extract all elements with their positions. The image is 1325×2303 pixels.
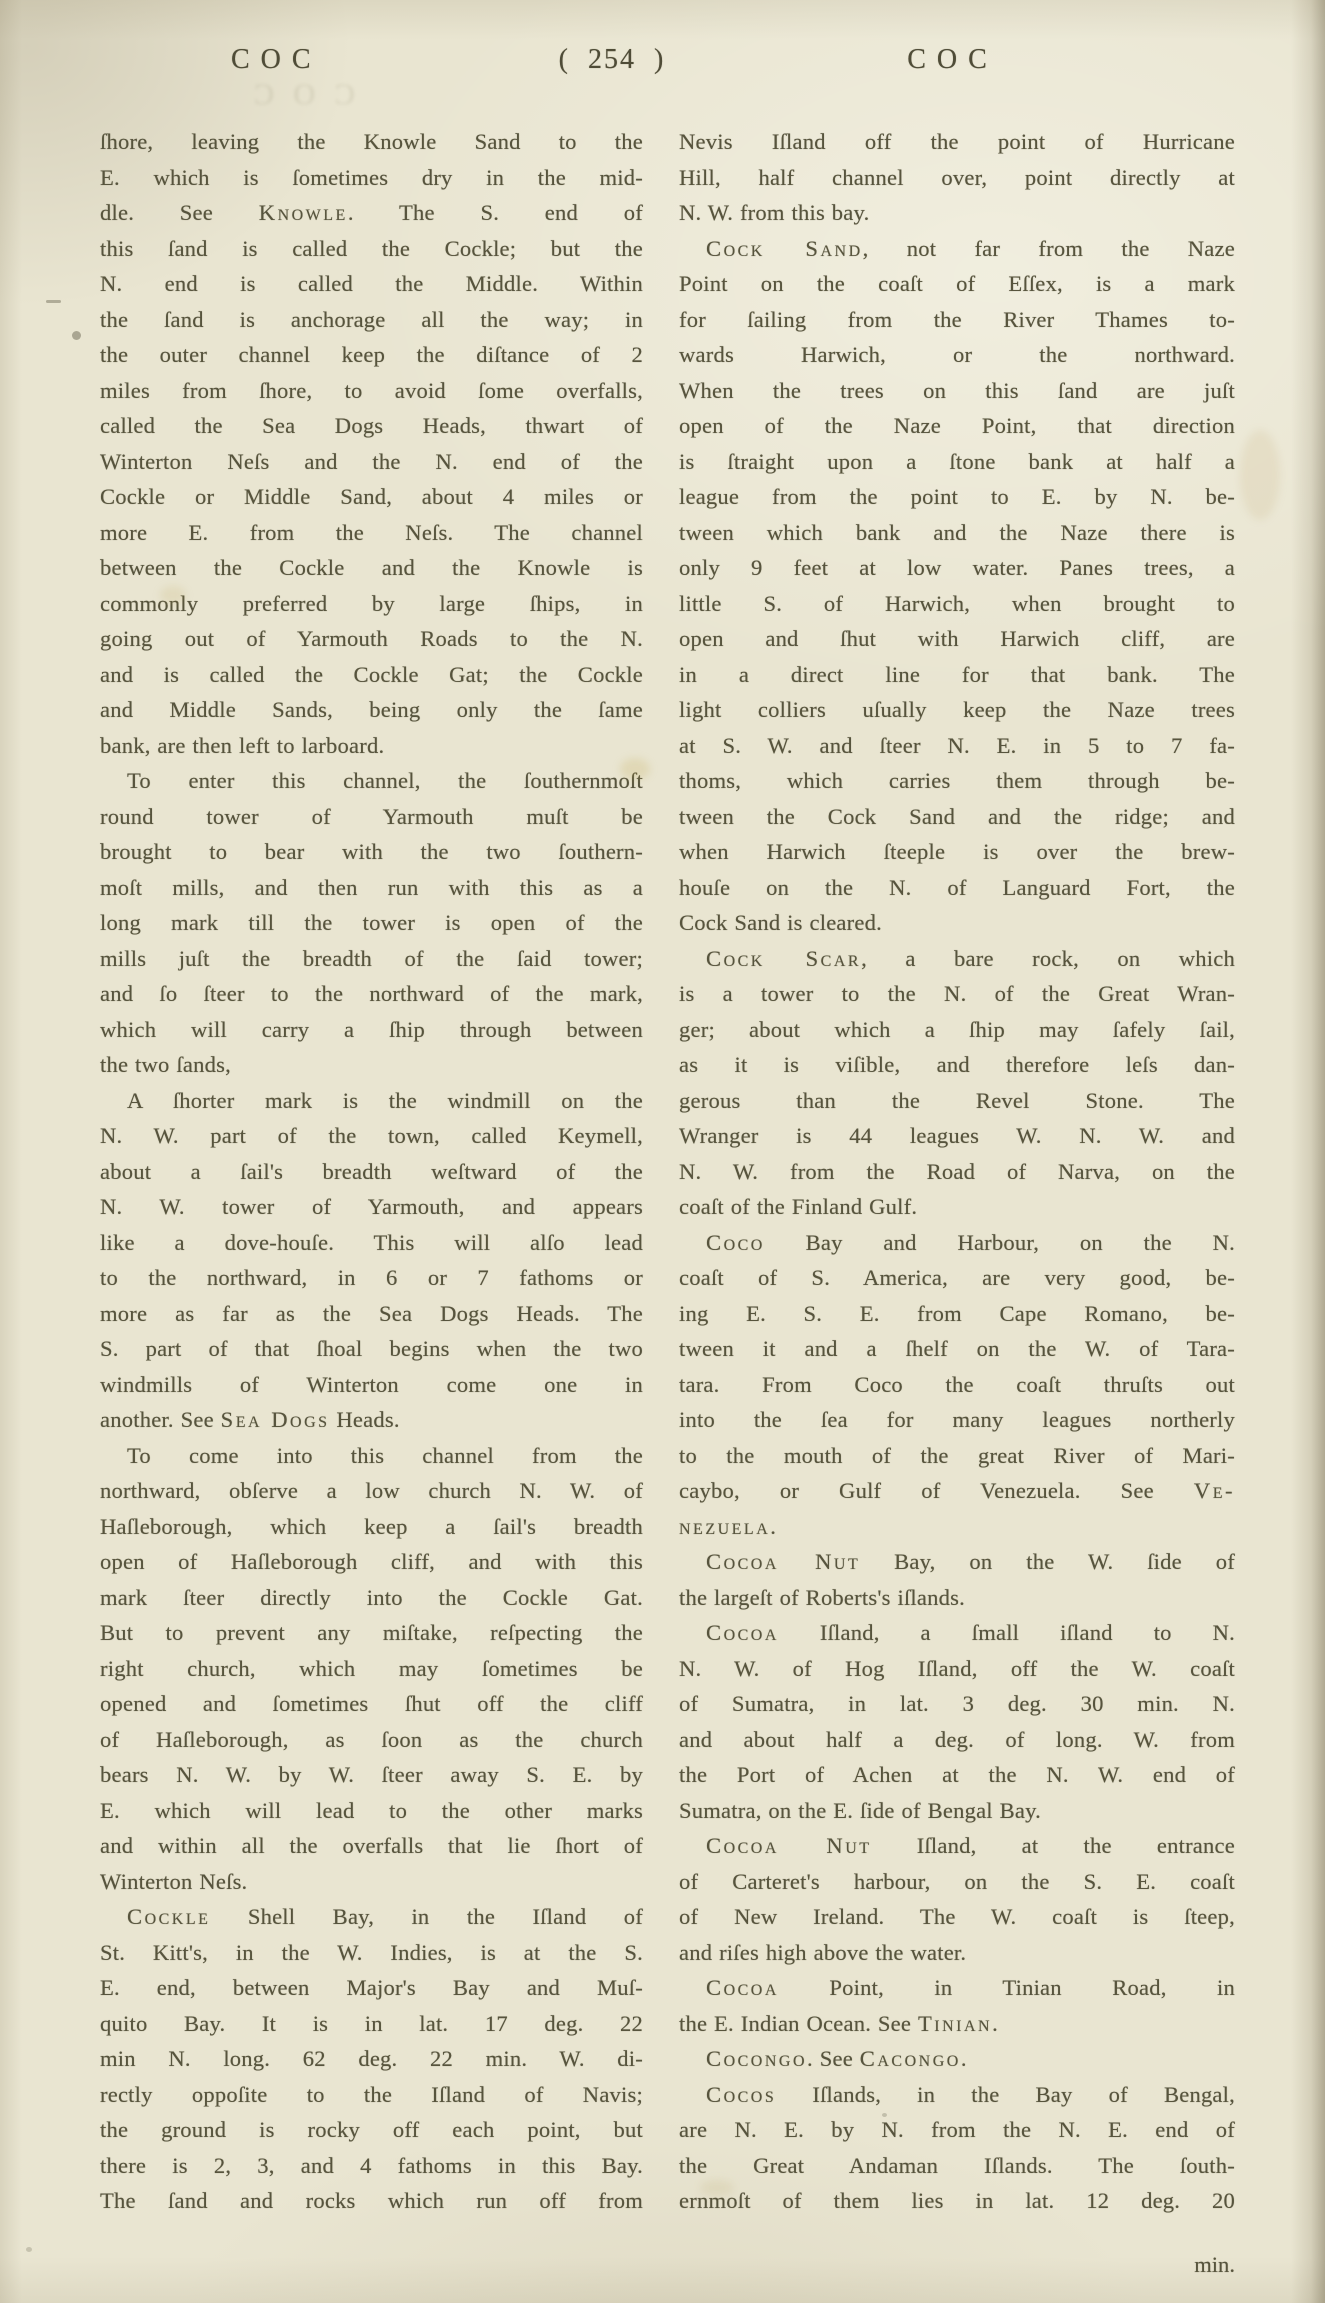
entry-headword: Cocoa: [706, 1975, 779, 2000]
entry-headword: Cacongo: [860, 2046, 961, 2071]
entry-headword: Cock Scar: [706, 946, 861, 971]
text-line: bears N. W. by W. ſteer away S. E. by: [100, 1757, 643, 1793]
text-line: mills juſt the breadth of the ſaid tower…: [100, 941, 643, 977]
text-line: and about half a deg. of long. W. from: [679, 1722, 1235, 1758]
text-line: open of Haſleborough cliff, and with thi…: [100, 1544, 643, 1580]
text-line: and is called the Cockle Gat; the Cockle: [100, 657, 643, 693]
text-line: coaſt of the Finland Gulf.: [679, 1189, 1235, 1225]
text-line: Haſleborough, which keep a ſail's breadt…: [100, 1509, 643, 1545]
text-line: the Great Andaman Iſlands. The ſouth-: [679, 2148, 1235, 2184]
text-line: and ſo ſteer to the northward of the mar…: [100, 976, 643, 1012]
header-right-section-title: C O C: [907, 44, 989, 76]
paragraph: Cock Sand, not far from the NazePoint on…: [679, 231, 1235, 941]
paragraph: A ſhorter mark is the windmill on theN. …: [100, 1083, 643, 1438]
scanned-page: C O C ( 254 ) C O C C O C ſhore, leaving…: [0, 0, 1325, 2303]
text-line: windmills of Winterton come one in: [100, 1367, 643, 1403]
entry-headword: Cockle: [127, 1904, 210, 1929]
paper-stain: [700, 2180, 734, 2196]
text-line: S. part of that ſhoal begins when the tw…: [100, 1331, 643, 1367]
text-line: when Harwich ſteeple is over the brew-: [679, 834, 1235, 870]
text-line: Winterton Neſs and the N. end of the: [100, 444, 643, 480]
text-line: the largeſt of Roberts's iſlands.: [679, 1580, 1235, 1616]
text-line: and riſes high above the water.: [679, 1935, 1235, 1971]
text-line: are N. E. by N. from the N. E. end of: [679, 2112, 1235, 2148]
text-line: To come into this channel from the: [100, 1438, 643, 1474]
text-line: Point on the coaſt of Eſſex, is a mark: [679, 266, 1235, 302]
page-number: ( 254 ): [559, 44, 666, 76]
paragraph: Cock Scar, a bare rock, on whichis a tow…: [679, 941, 1235, 1225]
text-line: ing E. S. E. from Cape Romano, be-: [679, 1296, 1235, 1332]
paragraph: Cocoa Nut Bay, on the W. ſide ofthe larg…: [679, 1544, 1235, 1615]
text-line: tween which bank and the Naze there is: [679, 515, 1235, 551]
text-line: N. W. part of the town, called Keymell,: [100, 1118, 643, 1154]
text-line: to the mouth of the great River of Mari-: [679, 1438, 1235, 1474]
text-line: ger; about which a ſhip may ſafely ſail,: [679, 1012, 1235, 1048]
text-line: coaſt of S. America, are very good, be-: [679, 1260, 1235, 1296]
text-line: bank, are then left to larboard.: [100, 728, 643, 764]
text-line: Cocos Iſlands, in the Bay of Bengal,: [679, 2077, 1235, 2113]
text-line: brought to bear with the two ſouthern-: [100, 834, 643, 870]
text-line: open and ſhut with Harwich cliff, are: [679, 621, 1235, 657]
text-line: another. See Sea Dogs Heads.: [100, 1402, 643, 1438]
text-line: wards Harwich, or the northward.: [679, 337, 1235, 373]
paragraph: To come into this channel from thenorthw…: [100, 1438, 643, 1900]
text-line: like a dove-houſe. This will alſo lead: [100, 1225, 643, 1261]
text-line: in a direct line for that bank. The: [679, 657, 1235, 693]
text-line: which will carry a ſhip through between: [100, 1012, 643, 1048]
header-left-section-title: C O C: [231, 44, 313, 76]
text-line: N. W. from this bay.: [679, 195, 1235, 231]
paragraph: Cocoa Iſland, a ſmall iſland to N.N. W. …: [679, 1615, 1235, 1828]
text-line: Coco Bay and Harbour, on the N.: [679, 1225, 1235, 1261]
entry-headword: Sea Dogs: [221, 1407, 330, 1432]
text-line: more as far as the Sea Dogs Heads. The: [100, 1296, 643, 1332]
text-line: of Haſleborough, as ſoon as the church: [100, 1722, 643, 1758]
entry-headword: Cocos: [706, 2082, 776, 2107]
paragraph: ſhore, leaving the Knowle Sand to theE. …: [100, 124, 643, 763]
ink-speck: [72, 331, 81, 340]
text-line: league from the point to E. by N. be-: [679, 479, 1235, 515]
paper-stain: [1240, 430, 1280, 520]
text-line: the Port of Achen at the N. W. end of: [679, 1757, 1235, 1793]
entry-headword: Cocoa: [706, 1620, 779, 1645]
text-line: E. which is ſometimes dry in the mid-: [100, 160, 643, 196]
text-line: When the trees on this ſand are juſt: [679, 373, 1235, 409]
entry-headword: Tinian: [918, 2011, 992, 2036]
text-line: at S. W. and ſteer N. E. in 5 to 7 fa-: [679, 728, 1235, 764]
text-line: round tower of Yarmouth muſt be: [100, 799, 643, 835]
text-line: Cocoa Point, in Tinian Road, in: [679, 1970, 1235, 2006]
text-line: the E. Indian Ocean. See Tinian.: [679, 2006, 1235, 2042]
entry-headword: Cock Sand: [706, 236, 863, 261]
ink-speck: [46, 300, 61, 303]
text-line: Cocoa Nut Iſland, at the entrance: [679, 1828, 1235, 1864]
text-line: Cock Sand, not far from the Naze: [679, 231, 1235, 267]
text-line: ſhore, leaving the Knowle Sand to the: [100, 124, 643, 160]
text-line: Cocoa Nut Bay, on the W. ſide of: [679, 1544, 1235, 1580]
right-column: Nevis Iſland off the point of HurricaneH…: [679, 124, 1235, 2219]
show-through-ghost: C O C: [248, 78, 355, 112]
text-line: Nevis Iſland off the point of Hurricane: [679, 124, 1235, 160]
text-line: But to prevent any miſtake, reſpecting t…: [100, 1615, 643, 1651]
text-line: going out of Yarmouth Roads to the N.: [100, 621, 643, 657]
paragraph: Coco Bay and Harbour, on the N.coaſt of …: [679, 1225, 1235, 1545]
text-line: thoms, which carries them through be-: [679, 763, 1235, 799]
text-line: called the Sea Dogs Heads, thwart of: [100, 408, 643, 444]
text-line: the two ſands,: [100, 1047, 643, 1083]
text-line: opened and ſometimes ſhut off the cliff: [100, 1686, 643, 1722]
text-line: between the Cockle and the Knowle is: [100, 550, 643, 586]
text-line: light colliers uſually keep the Naze tre…: [679, 692, 1235, 728]
entry-headword: Knowle: [259, 200, 348, 225]
text-line: dle. See Knowle. The S. end of: [100, 195, 643, 231]
text-line: Sumatra, on the E. ſide of Bengal Bay.: [679, 1793, 1235, 1829]
entry-headword: Ve-: [1194, 1478, 1235, 1503]
text-line: N. W. tower of Yarmouth, and appears: [100, 1189, 643, 1225]
text-line: more E. from the Neſs. The channel: [100, 515, 643, 551]
text-line: tween it and a ſhelf on the W. of Tara-: [679, 1331, 1235, 1367]
text-line: tara. From Coco the coaſt thruſts out: [679, 1367, 1235, 1403]
text-line: Winterton Neſs.: [100, 1864, 643, 1900]
text-line: tween the Cock Sand and the ridge; and: [679, 799, 1235, 835]
entry-headword: nezuela.: [679, 1514, 778, 1539]
text-line: St. Kitt's, in the W. Indies, is at the …: [100, 1935, 643, 1971]
text-line: ernmoſt of them lies in lat. 12 deg. 20: [679, 2183, 1235, 2219]
text-line: E. end, between Major's Bay and Muſ-: [100, 1970, 643, 2006]
entry-headword: Cocongo: [706, 2046, 807, 2071]
text-line: for ſailing from the River Thames to-: [679, 302, 1235, 338]
text-line: of Carteret's harbour, on the S. E. coaſ…: [679, 1864, 1235, 1900]
text-line: northward, obſerve a low church N. W. of: [100, 1473, 643, 1509]
text-line: this ſand is called the Cockle; but the: [100, 231, 643, 267]
paragraph: Cocoa Nut Iſland, at the entranceof Cart…: [679, 1828, 1235, 1970]
text-line: quito Bay. It is in lat. 17 deg. 22: [100, 2006, 643, 2042]
ink-speck: [882, 2113, 887, 2117]
text-line: A ſhorter mark is the windmill on the: [100, 1083, 643, 1119]
paragraph: Cocos Iſlands, in the Bay of Bengal,are …: [679, 2077, 1235, 2219]
text-line: the outer channel keep the diſtance of 2: [100, 337, 643, 373]
text-line: right church, which may ſometimes be: [100, 1651, 643, 1687]
text-line: nezuela.: [679, 1509, 1235, 1545]
text-line: N. end is called the Middle. Within: [100, 266, 643, 302]
paragraph: Nevis Iſland off the point of HurricaneH…: [679, 124, 1235, 231]
text-line: is ſtraight upon a ſtone bank at half a: [679, 444, 1235, 480]
text-line: Cocoa Iſland, a ſmall iſland to N.: [679, 1615, 1235, 1651]
text-line: into the ſea for many leagues northerly: [679, 1402, 1235, 1438]
paragraph: Cocongo. See Cacongo.: [679, 2041, 1235, 2077]
entry-headword: Cocoa Nut: [706, 1833, 872, 1858]
text-line: Hill, half channel over, point directly …: [679, 160, 1235, 196]
paper-stain: [620, 758, 650, 780]
text-line: as it is viſible, and therefore leſs dan…: [679, 1047, 1235, 1083]
text-line: of Sumatra, in lat. 3 deg. 30 min. N.: [679, 1686, 1235, 1722]
text-line: miles from ſhore, to avoid ſome overfall…: [100, 373, 643, 409]
paragraph: To enter this channel, the ſouthernmoſtr…: [100, 763, 643, 1083]
text-line: about a ſail's breadth weſtward of the: [100, 1154, 643, 1190]
text-line: to the northward, in 6 or 7 fathoms or: [100, 1260, 643, 1296]
text-line: Cock Scar, a bare rock, on which: [679, 941, 1235, 977]
text-line: mark ſteer directly into the Cockle Gat.: [100, 1580, 643, 1616]
text-line: only 9 feet at low water. Panes trees, a: [679, 550, 1235, 586]
text-line: E. which will lead to the other marks: [100, 1793, 643, 1829]
paragraph: Cocoa Point, in Tinian Road, inthe E. In…: [679, 1970, 1235, 2041]
text-line: there is 2, 3, and 4 fathoms in this Bay…: [100, 2148, 643, 2184]
text-line: Cockle or Middle Sand, about 4 miles or: [100, 479, 643, 515]
text-line: rectly oppoſite to the Iſland of Navis;: [100, 2077, 643, 2113]
text-line: moſt mills, and then run with this as a: [100, 870, 643, 906]
text-line: Cock Sand is cleared.: [679, 905, 1235, 941]
entry-headword: Coco: [706, 1230, 765, 1255]
text-line: caybo, or Gulf of Venezuela. See Ve-: [679, 1473, 1235, 1509]
text-line: N. W. of Hog Iſland, off the W. coaſt: [679, 1651, 1235, 1687]
paragraph: Cockle Shell Bay, in the Iſland ofSt. Ki…: [100, 1899, 643, 2219]
text-line: the ſand is anchorage all the way; in: [100, 302, 643, 338]
text-line: open of the Naze Point, that direction: [679, 408, 1235, 444]
text-line: and Middle Sands, being only the ſame: [100, 692, 643, 728]
text-line: little S. of Harwich, when brought to: [679, 586, 1235, 622]
text-line: min N. long. 62 deg. 22 min. W. di-: [100, 2041, 643, 2077]
text-line: is a tower to the N. of the Great Wran-: [679, 976, 1235, 1012]
text-line: N. W. from the Road of Narva, on the: [679, 1154, 1235, 1190]
text-line: To enter this channel, the ſouthernmoſt: [100, 763, 643, 799]
text-line: long mark till the tower is open of the: [100, 905, 643, 941]
ink-speck: [26, 2247, 32, 2252]
text-line: gerous than the Revel Stone. The: [679, 1083, 1235, 1119]
text-line: The ſand and rocks which run off from: [100, 2183, 643, 2219]
text-line: Wranger is 44 leagues W. N. W. and: [679, 1118, 1235, 1154]
text-line: houſe on the N. of Languard Fort, the: [679, 870, 1235, 906]
paper-stain: [160, 586, 186, 604]
text-line: Cockle Shell Bay, in the Iſland of: [100, 1899, 643, 1935]
text-line: and within all the overfalls that lie ſh…: [100, 1828, 643, 1864]
entry-headword: Cocoa Nut: [706, 1549, 860, 1574]
left-column: ſhore, leaving the Knowle Sand to theE. …: [100, 124, 643, 2219]
catchword: min.: [1194, 2252, 1235, 2278]
text-line: of New Ireland. The W. coaſt is ſteep,: [679, 1899, 1235, 1935]
text-line: Cocongo. See Cacongo.: [679, 2041, 1235, 2077]
text-line: the ground is rocky off each point, but: [100, 2112, 643, 2148]
